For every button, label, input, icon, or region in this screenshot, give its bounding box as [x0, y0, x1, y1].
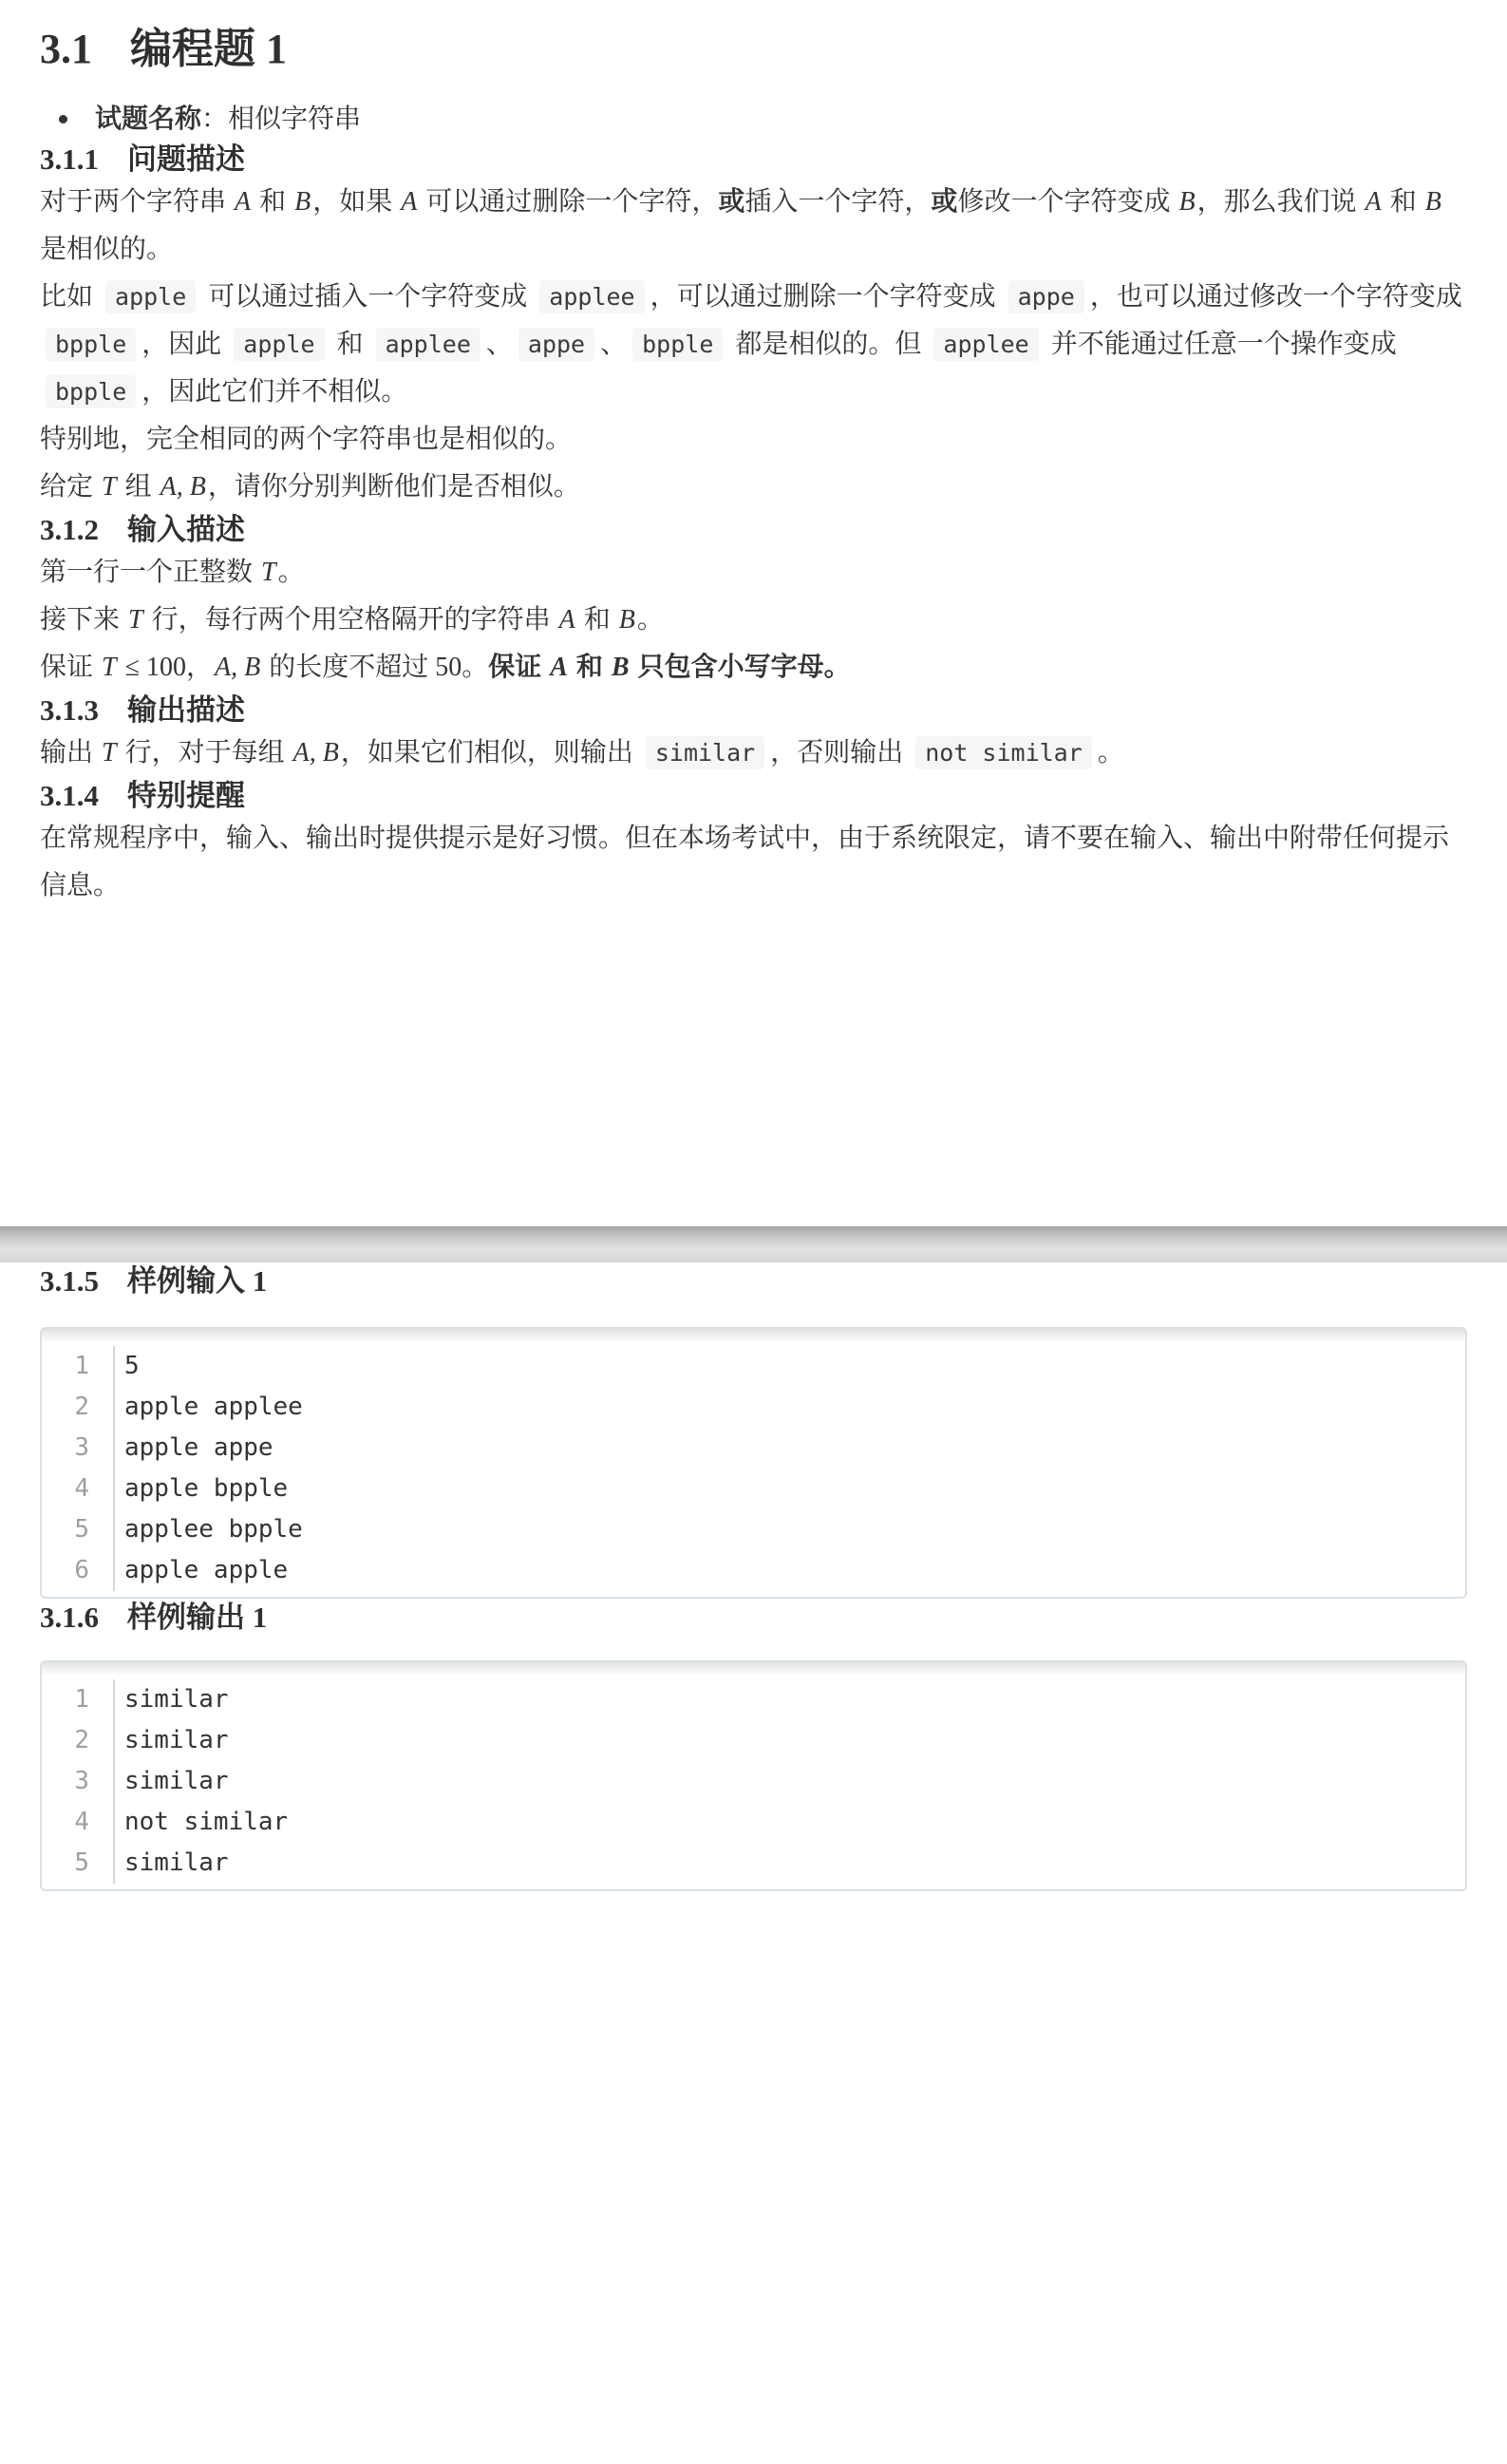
math-variable: T [100, 738, 119, 768]
chapter-number: 3.1 [40, 26, 92, 72]
problem-name-item: 试题名称：相似字符串 [40, 99, 1467, 141]
code-text: apple appe [89, 1428, 273, 1469]
math-variable: A [233, 187, 253, 217]
text-segment: 保证 [488, 653, 548, 682]
text-segment: 特别地，完全相同的两个字符串也是相似的。 [40, 425, 572, 454]
code-line: 3apple appe [42, 1428, 1465, 1469]
line-number: 3 [42, 1428, 89, 1469]
text-segment: 修改一个字符变成 [957, 187, 1177, 217]
code-line: 6apple apple [42, 1550, 1465, 1591]
inline-code: applee [539, 280, 644, 313]
math-variable: A [399, 187, 419, 217]
math-variable: B [1177, 187, 1196, 217]
section-number: 3.1.1 [40, 142, 99, 176]
sample-output-block: 1similar2similar3similar4not similar5sim… [40, 1660, 1467, 1891]
text-segment: ，如果它们相似，则输出 [341, 738, 640, 768]
code-text: apple applee [89, 1387, 303, 1428]
text-segment: 的长度不超过 50。 [262, 653, 488, 682]
paragraph-definition: 对于两个字符串 A 和 B，如果 A 可以通过删除一个字符，或插入一个字符，或修… [40, 179, 1467, 274]
paragraph-identical-note: 特别地，完全相同的两个字符串也是相似的。 [40, 416, 1467, 464]
inline-code: appe [518, 328, 594, 361]
section-heading-output: 3.1.3输出描述 [40, 692, 1467, 730]
text-segment: ，因此 [141, 330, 228, 359]
text-segment: 和 [570, 653, 610, 682]
inline-code: bpple [46, 328, 136, 361]
text-segment: ，因此它们并不相似。 [141, 377, 407, 407]
inline-code: bpple [46, 375, 136, 408]
text-segment: 并不能通过任意一个操作变成 [1045, 330, 1397, 359]
section-heading-sample-output: 3.1.6样例输出 1 [40, 1599, 1467, 1637]
code-line: 5applee bpple [42, 1509, 1465, 1550]
line-number: 1 [42, 1679, 89, 1720]
code-line: 4apple bpple [42, 1469, 1465, 1509]
inline-code: apple [105, 280, 196, 313]
text-segment: ，可以通过删除一个字符变成 [650, 282, 1003, 312]
section-heading-sample-input: 3.1.5样例输入 1 [40, 1262, 1467, 1300]
text-segment: 和 [330, 330, 370, 359]
text-segment: ，也可以通过修改一个字符变成 [1090, 282, 1462, 312]
text-segment: ，否则输出 [770, 738, 910, 768]
section-number: 3.1.6 [40, 1601, 99, 1634]
page-content-bottom: 3.1.5样例输入 1 152apple applee3apple appe4a… [0, 1262, 1507, 1891]
text-segment: 可以通过插入一个字符变成 [201, 282, 534, 312]
page-break-band [0, 1226, 1507, 1262]
math-variable: A, B [292, 738, 341, 768]
text-segment: 插入一个字符， [744, 187, 931, 217]
inline-code: not similar [915, 736, 1092, 769]
line-number: 3 [42, 1761, 89, 1802]
line-number: 4 [42, 1802, 89, 1843]
text-segment: 组 [119, 472, 159, 502]
text-segment: 在常规程序中，输入、输出时提供提示是好习惯。但在本场考试中，由于系统限定，请不要… [40, 824, 1449, 900]
math-variable: B [617, 605, 637, 635]
code-line: 5similar [42, 1843, 1465, 1884]
section-number: 3.1.4 [40, 779, 99, 812]
document-page: 3.1编程题 1 试题名称：相似字符串 3.1.1问题描述 对于两个字符串 A … [0, 25, 1507, 1891]
math-variable: A [548, 653, 570, 682]
text-segment: 第一行一个正整数 [40, 558, 259, 587]
section-title: 输入描述 [127, 513, 245, 546]
paragraph-example: 比如 apple 可以通过插入一个字符变成 applee，可以通过删除一个字符变… [40, 274, 1467, 416]
inline-code: applee [933, 328, 1038, 361]
sample-input-lines: 152apple applee3apple appe4apple bpple5a… [42, 1346, 1465, 1591]
code-line: 4not similar [42, 1802, 1465, 1843]
text-segment: 可以通过删除一个字符， [419, 187, 718, 217]
math-variable: B [1423, 187, 1443, 217]
code-text: applee bpple [89, 1509, 303, 1550]
text-segment: ，那么我们说 [1197, 187, 1364, 217]
paragraph-input-line2: 接下来 T 行，每行两个用空格隔开的字符串 A 和 B。 [40, 597, 1467, 644]
code-text: similar [89, 1679, 229, 1720]
section-title: 问题描述 [127, 142, 245, 176]
math-variable: A, B [159, 472, 208, 502]
text-segment: 是相似的。 [40, 235, 173, 264]
section-title: 特别提醒 [127, 779, 245, 812]
section-title: 输出描述 [127, 693, 245, 727]
code-line: 2apple applee [42, 1387, 1465, 1428]
text-segment: 。 [1098, 738, 1124, 768]
text-segment: 、 [600, 330, 627, 359]
code-text: similar [89, 1843, 229, 1884]
text-segment: 或 [931, 187, 957, 217]
section-title: 样例输入 1 [127, 1264, 267, 1298]
chapter-heading: 3.1编程题 1 [40, 25, 1467, 74]
text-segment: 都是相似的。但 [728, 330, 928, 359]
section-heading-problem: 3.1.1问题描述 [40, 141, 1467, 179]
section-heading-input: 3.1.2输入描述 [40, 511, 1467, 549]
sample-input-block: 152apple applee3apple appe4apple bpple5a… [40, 1327, 1467, 1599]
inline-code: similar [646, 736, 764, 769]
section-number: 3.1.2 [40, 513, 99, 546]
paragraph-input-constraints: 保证 T ≤ 100，A, B 的长度不超过 50。保证 A 和 B 只包含小写… [40, 644, 1467, 692]
code-text: similar [89, 1720, 229, 1761]
code-line: 2similar [42, 1720, 1465, 1761]
text-segment: 只包含小写字母。 [631, 653, 851, 682]
code-line: 3similar [42, 1761, 1465, 1802]
math-variable: T [259, 558, 278, 587]
code-text: apple bpple [89, 1469, 288, 1509]
text-segment: 给定 [40, 472, 100, 502]
text-segment: 保证 [40, 653, 100, 682]
problem-meta-list: 试题名称：相似字符串 [40, 99, 1467, 141]
section-heading-note: 3.1.4特别提醒 [40, 777, 1467, 815]
section-title: 样例输出 1 [127, 1601, 267, 1634]
inline-code: bpple [632, 328, 723, 361]
paragraph-special-note: 在常规程序中，输入、输出时提供提示是好习惯。但在本场考试中，由于系统限定，请不要… [40, 815, 1467, 910]
code-line: 15 [42, 1346, 1465, 1387]
math-variable: T [126, 605, 145, 635]
page-content-top: 3.1编程题 1 试题名称：相似字符串 3.1.1问题描述 对于两个字符串 A … [0, 25, 1507, 910]
sample-output-lines: 1similar2similar3similar4not similar5sim… [42, 1679, 1465, 1884]
paragraph-task: 给定 T 组 A, B，请你分别判断他们是否相似。 [40, 464, 1467, 511]
math-variable: B [292, 187, 312, 217]
code-text: 5 [89, 1346, 140, 1387]
line-number: 1 [42, 1346, 89, 1387]
inline-code: applee [376, 328, 480, 361]
line-number: 6 [42, 1550, 89, 1591]
text-segment: 接下来 [40, 605, 126, 635]
problem-name-label: 试题名称 [95, 104, 201, 134]
code-text: not similar [89, 1802, 288, 1843]
paragraph-output-spec: 输出 T 行，对于每组 A, B，如果它们相似，则输出 similar，否则输出… [40, 730, 1467, 777]
code-line: 1similar [42, 1679, 1465, 1720]
line-number: 2 [42, 1720, 89, 1761]
math-variable: T [100, 653, 119, 682]
math-variable: B [610, 653, 631, 682]
paragraph-input-line1: 第一行一个正整数 T。 [40, 549, 1467, 597]
math-variable: A [557, 605, 577, 635]
text-segment: 行，每行两个用空格隔开的字符串 [145, 605, 557, 635]
line-number: 4 [42, 1469, 89, 1509]
text-segment: ，如果 [312, 187, 399, 217]
text-segment: 、 [486, 330, 513, 359]
text-segment: 和 [253, 187, 292, 217]
code-text: apple apple [89, 1550, 288, 1591]
section-number: 3.1.5 [40, 1264, 99, 1298]
line-number: 2 [42, 1387, 89, 1428]
text-segment: 。 [637, 605, 664, 635]
math-variable: A [1364, 187, 1384, 217]
line-number: 5 [42, 1843, 89, 1884]
text-segment: 行，对于每组 [119, 738, 292, 768]
text-segment: 和 [1384, 187, 1423, 217]
text-segment: 或 [718, 187, 744, 217]
code-text: similar [89, 1761, 229, 1802]
problem-name-value: ：相似字符串 [201, 104, 361, 134]
text-segment: 输出 [40, 738, 100, 768]
text-segment: 比如 [40, 282, 100, 312]
text-segment: 和 [577, 605, 617, 635]
text-segment: 。 [278, 558, 305, 587]
chapter-title: 编程题 1 [130, 26, 287, 72]
text-segment: ，请你分别判断他们是否相似。 [208, 472, 580, 502]
math-variable: A, B [213, 653, 262, 682]
inline-code: appe [1008, 280, 1084, 313]
math-variable: T [100, 472, 119, 502]
section-number: 3.1.3 [40, 693, 99, 727]
text-segment: ≤ 100， [119, 653, 213, 682]
line-number: 5 [42, 1509, 89, 1550]
text-segment: 对于两个字符串 [40, 187, 233, 217]
inline-code: apple [234, 328, 324, 361]
